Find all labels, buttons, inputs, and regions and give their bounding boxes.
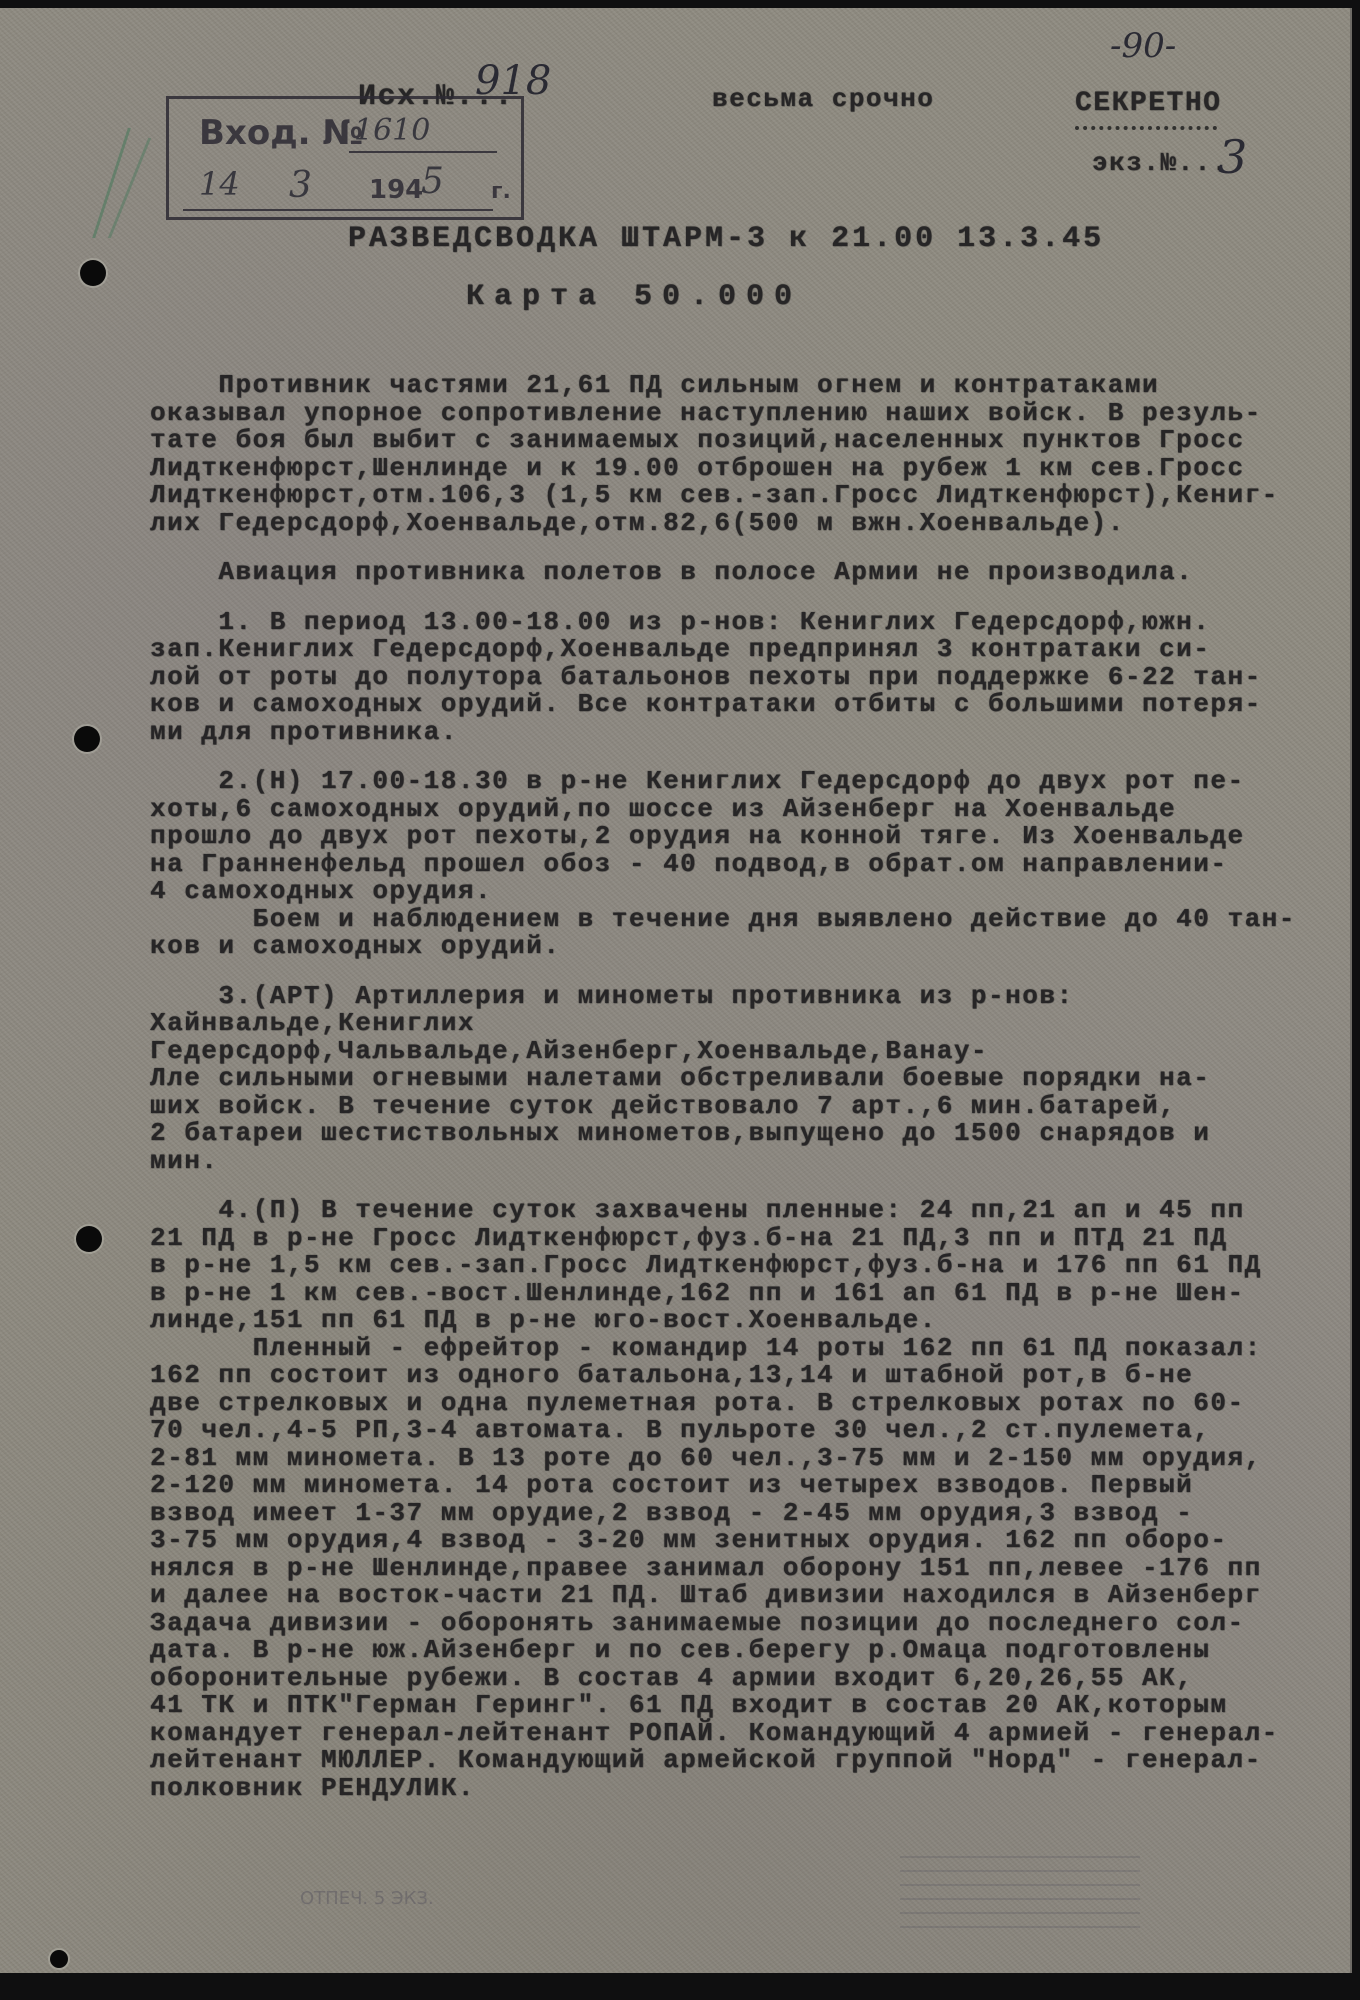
faint-signature-block [900,1848,1140,1928]
stamp-number-line [349,151,497,153]
faint-signature-stamp: ОТПЕЧ. 5 ЭКЗ. [300,1888,434,1909]
classification-label: СЕКРЕТНО [1075,88,1221,119]
paragraph-2-observation: 2.(Н) 17.00-18.30 в р-не Кениглих Гедерс… [150,768,1330,961]
stamp-label: Вход. № [199,113,363,153]
document-title: РАЗВЕДСВОДКА ШТАРМ-3 к 21.00 13.3.45 [348,222,1104,256]
urgency-label: весьма срочно [712,84,934,114]
copy-number-handwritten: 3 [1218,130,1247,184]
registration-stamp: Вход. № 1610 14 3 194 5 г. [166,96,524,220]
stamp-year-prefix: 194 [369,175,423,205]
paragraph-1-counterattacks: 1. В период 13.00-18.00 из р-нов: Кенигл… [150,609,1330,747]
stamp-month: 3 [289,165,312,206]
stamp-date-line [183,209,493,211]
punch-hole-icon [50,1950,68,1968]
paragraph-aviation: Авиация противника полетов в полосе Арми… [150,559,1330,587]
punch-hole-icon [76,1226,102,1252]
copy-number: экз.№... [1092,148,1229,178]
paragraph-4-prisoners: 4.(П) В течение суток захвачены пленные:… [150,1197,1330,1802]
classification-underline [1075,126,1217,130]
page-number: -90- [1110,26,1176,66]
stamp-day: 14 [199,165,240,203]
punch-hole-icon [74,726,100,752]
stamp-year-handwritten: 5 [421,161,444,202]
document-body: Противник частями 21,61 ПД сильным огнем… [150,372,1330,1802]
punch-hole-icon [80,260,106,286]
map-scale: Карта 50.000 [466,280,802,314]
document-page: -90- Исх.№... 918 Вход. № 1610 14 3 194 … [0,8,1352,1973]
paragraph-3-artillery: 3.(АРТ) Артиллерия и минометы противника… [150,983,1330,1176]
stamp-number: 1610 [354,113,430,148]
paragraph-summary: Противник частями 21,61 ПД сильным огнем… [150,372,1330,537]
stamp-year-suffix: г. [491,179,511,204]
